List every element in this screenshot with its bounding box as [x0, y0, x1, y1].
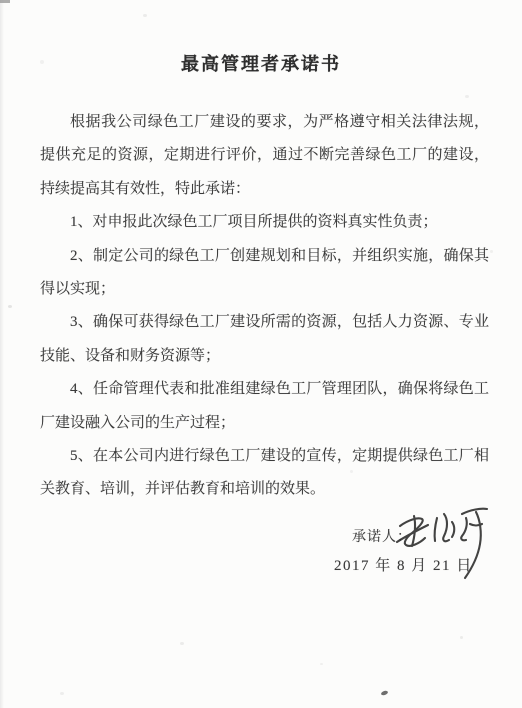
- scan-edge-shadow: [0, 0, 4, 708]
- scan-speck: [143, 14, 147, 17]
- scan-speck: [180, 642, 184, 645]
- scan-speck: [320, 663, 323, 665]
- scan-speck: [8, 305, 12, 308]
- scan-corner-artifact: [0, 0, 10, 3]
- commitment-item-3: 3、确保可获得绿色工厂建设所需的资源，包括人力资源、专业技能、设备和财务资源等；: [40, 306, 489, 373]
- commitment-item-1: 1、对申报此次绿色工厂项目所提供的资料真实性负责；: [40, 206, 489, 239]
- document-body: 根据我公司绿色工厂建设的要求，为严格遵守相关法律法规，提供充足的资源，定期进行评…: [40, 106, 489, 507]
- document-page: 最高管理者承诺书 根据我公司绿色工厂建设的要求，为严格遵守相关法律法规，提供充足…: [0, 0, 522, 708]
- paragraph-intro: 根据我公司绿色工厂建设的要求，为严格遵守相关法律法规，提供充足的资源，定期进行评…: [40, 106, 489, 206]
- commitment-item-2: 2、制定公司的绿色工厂创建规划和目标，并组织实施，确保其得以实现；: [40, 240, 489, 307]
- scan-speck: [490, 250, 493, 253]
- scan-speck: [60, 692, 64, 695]
- scan-speck: [460, 636, 463, 639]
- scan-speck: [381, 690, 389, 696]
- commitment-item-4: 4、任命管理代表和批准组建绿色工厂管理团队，确保将绿色工厂建设融入公司的生产过程…: [40, 373, 489, 440]
- scan-speck: [465, 95, 469, 98]
- commitment-item-5: 5、在本公司内进行绿色工厂建设的宣传，定期提供绿色工厂相关教育、培训，并评估教育…: [40, 440, 489, 507]
- signature-date: 2017 年 8 月 21 日: [334, 554, 473, 575]
- document-title: 最高管理者承诺书: [0, 50, 522, 76]
